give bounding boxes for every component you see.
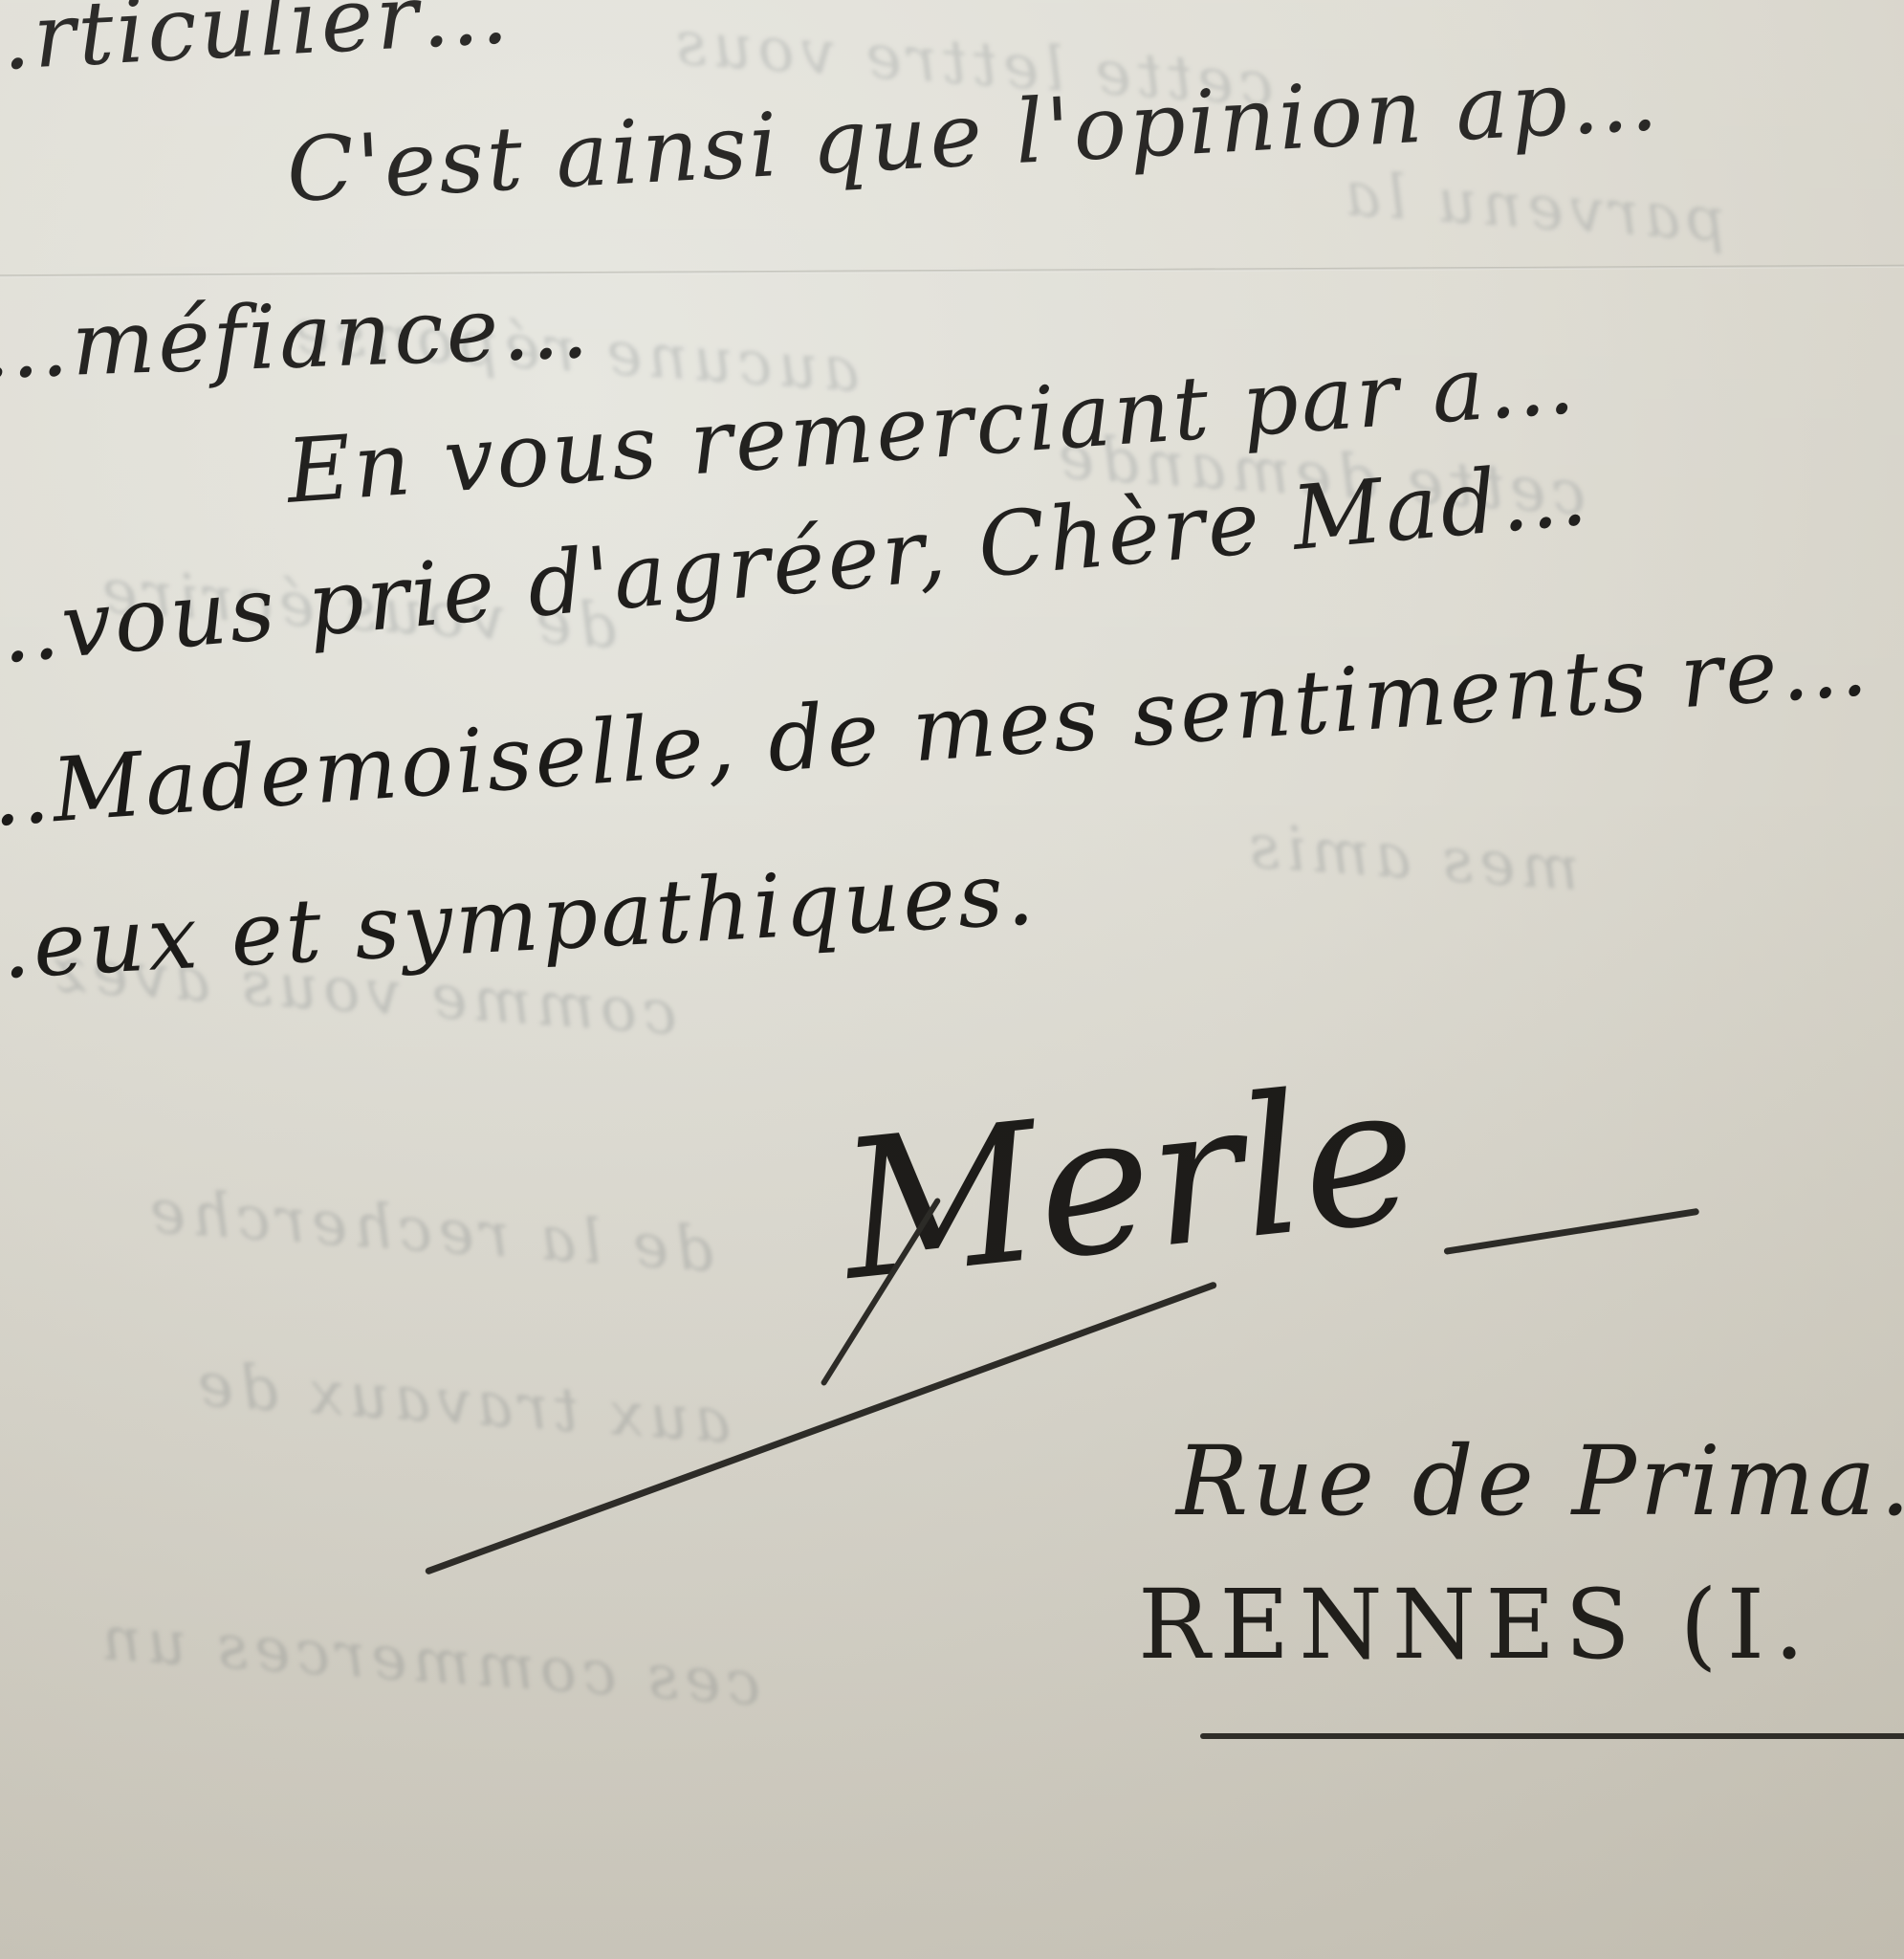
letter-line-1: …rticulier… [0, 0, 514, 93]
letter-page: cette lettre vous parvenu la aucune répo… [0, 0, 1904, 1959]
address-underline [1200, 1733, 1904, 1739]
show-through-text: parvenu la [1337, 159, 1728, 256]
signature: Merle [831, 1042, 1426, 1324]
signature-flourish-upper [1443, 1208, 1699, 1255]
show-through-text: de la recherche [142, 1176, 716, 1286]
show-through-text: mes amis [1241, 811, 1582, 905]
paper-fold-line [0, 265, 1904, 277]
letter-line-3: …méfiance… [0, 275, 594, 399]
show-through-text: aux travaux de [189, 1349, 733, 1457]
address-street: Rue de Prima… [1176, 1425, 1904, 1537]
show-through-text: ces commerces un [94, 1603, 763, 1720]
address-city: RENNES (I. [1138, 1569, 1814, 1681]
